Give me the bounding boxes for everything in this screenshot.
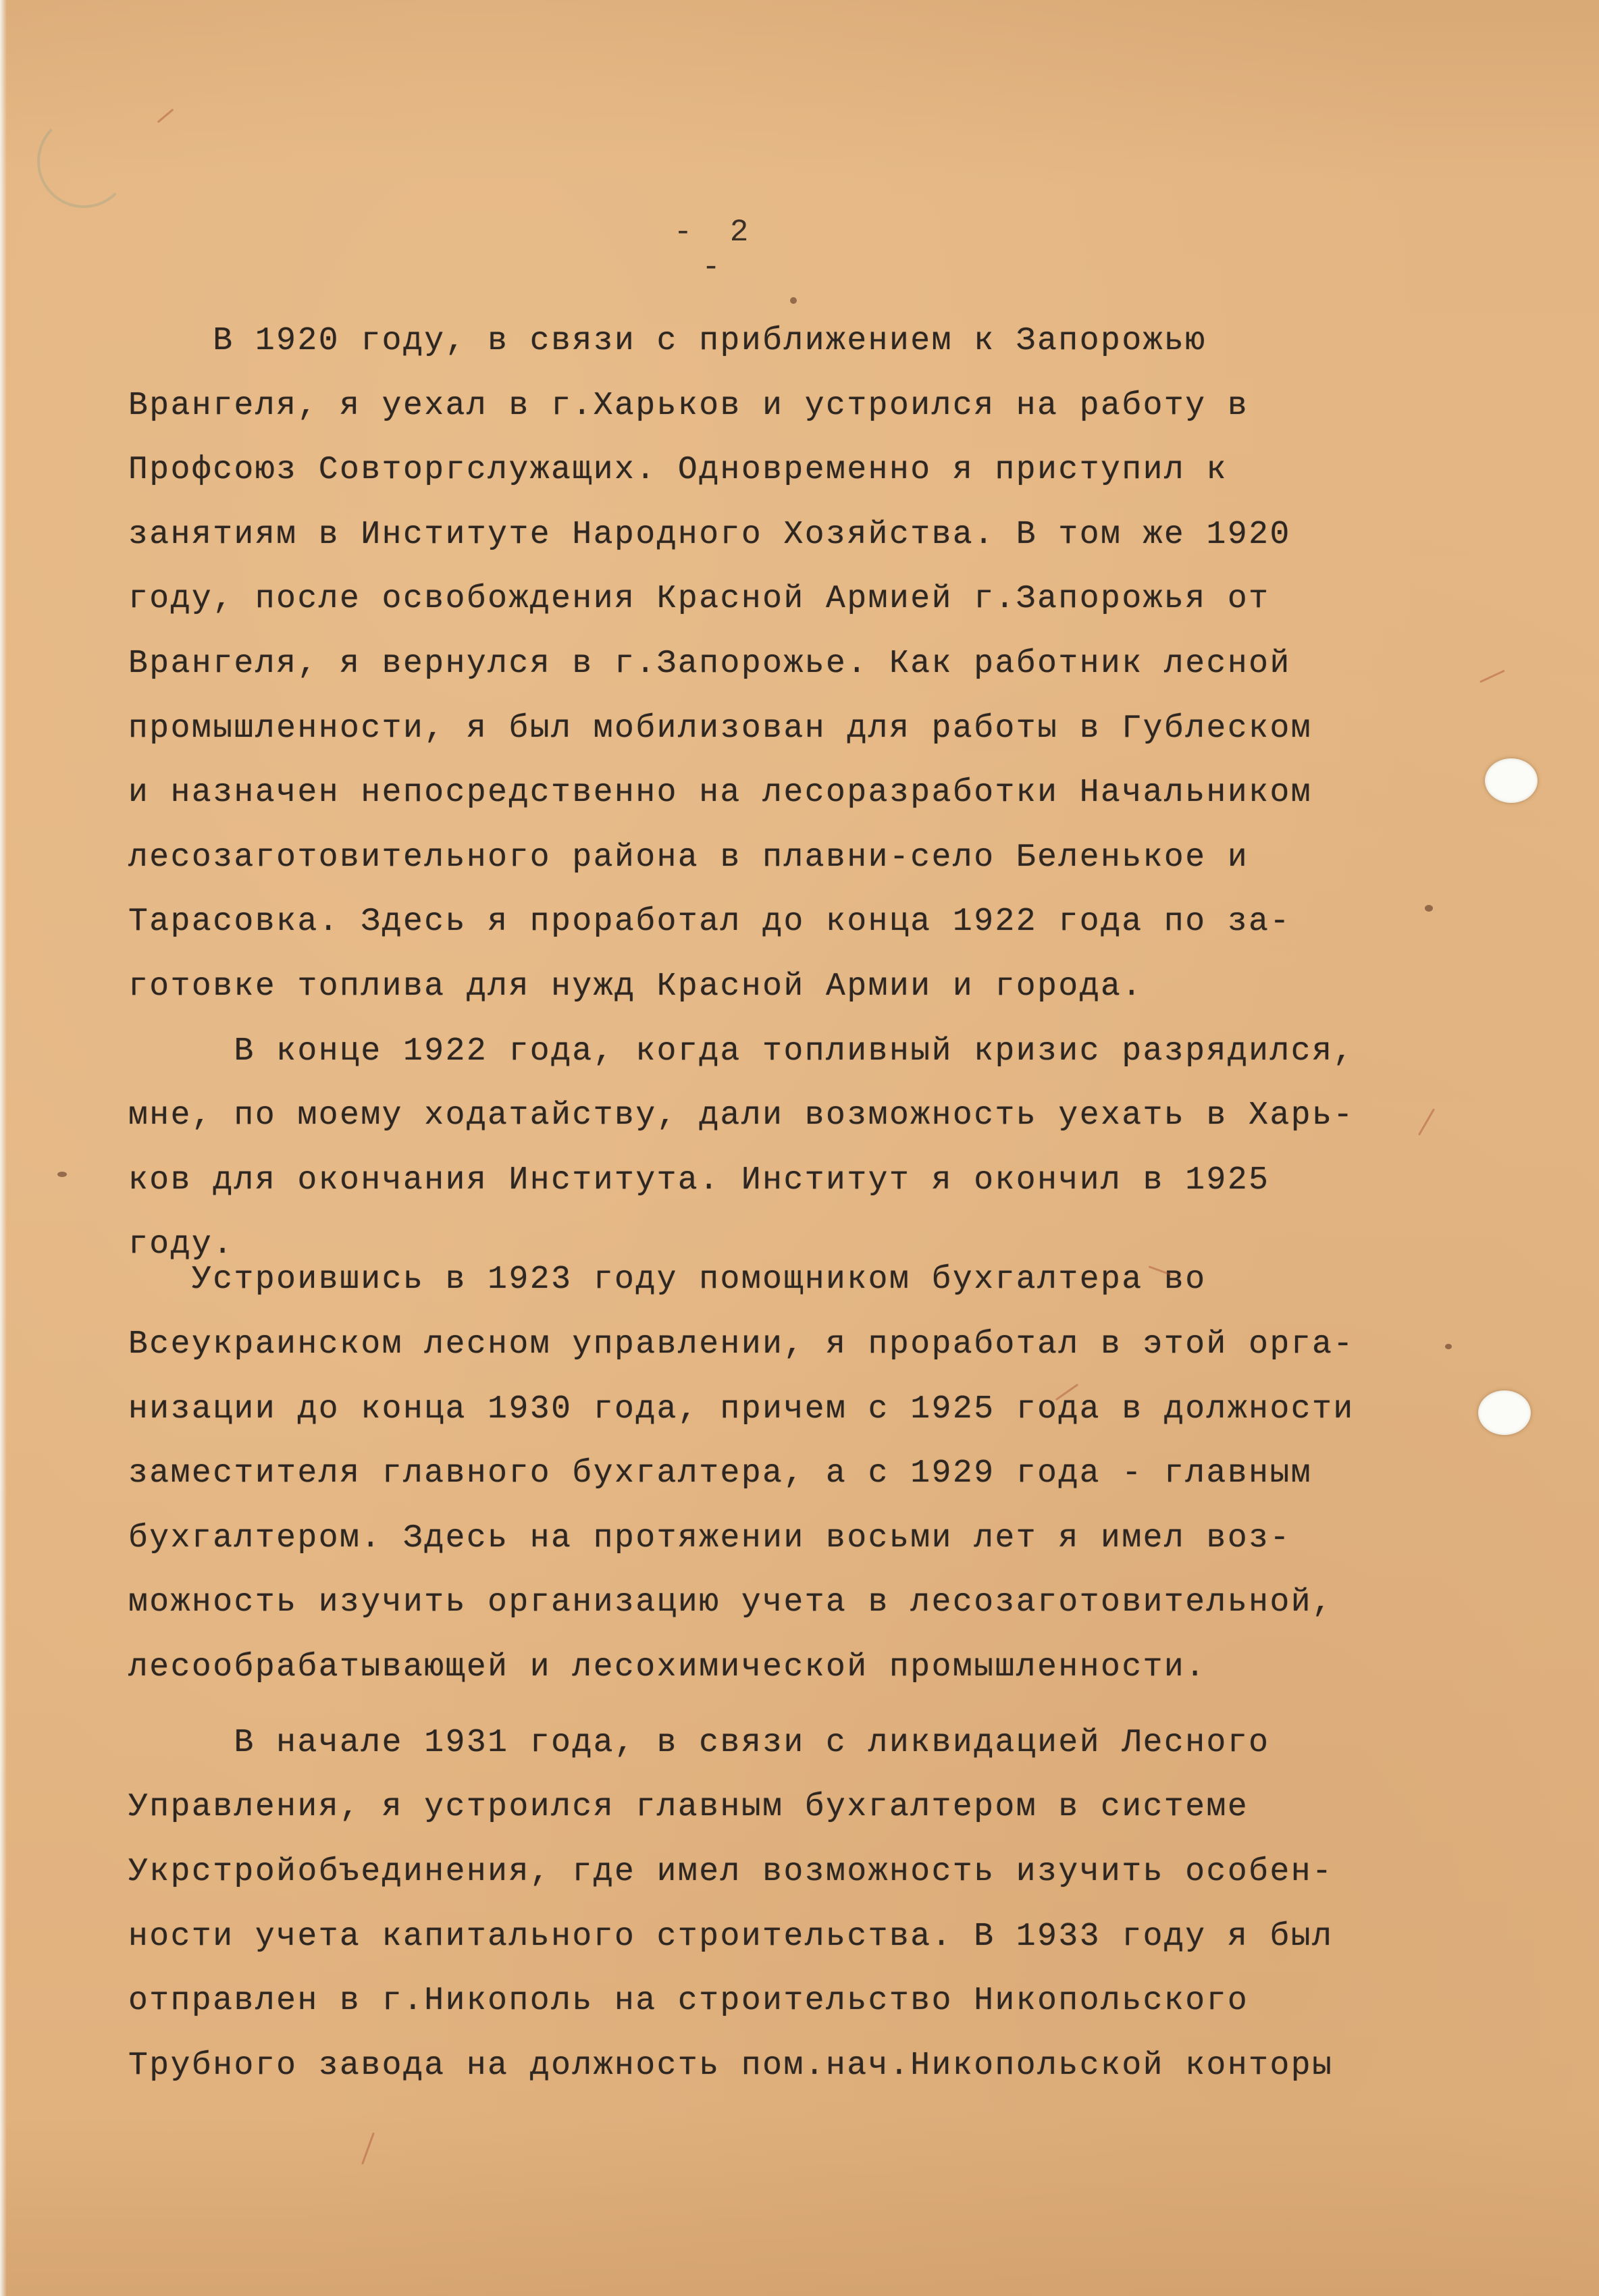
text-line: промышленности, я был мобилизован для ра… bbox=[128, 697, 1452, 762]
text-line: Всеукраинском лесном управлении, я прора… bbox=[128, 1313, 1452, 1378]
document-page: - 2 - В 1920 году, в связи с приближение… bbox=[0, 0, 1599, 2296]
text-line: и назначен непосредственно на лесоразраб… bbox=[128, 761, 1452, 826]
text-line: Устроившись в 1923 году помощником бухга… bbox=[128, 1248, 1452, 1313]
text-line: Управления, я устроился главным бухгалте… bbox=[128, 1775, 1452, 1840]
paper-fiber bbox=[157, 109, 174, 124]
text-line: Укрстройобъединения, где имел возможност… bbox=[128, 1840, 1452, 1905]
text-line: лесозаготовительного района в плавни-сел… bbox=[128, 826, 1452, 891]
typewritten-body: В 1920 году, в связи с приближением к За… bbox=[128, 309, 1452, 2098]
text-line: Врангеля, я уехал в г.Харьков и устроилс… bbox=[128, 374, 1452, 439]
text-line: ков для окончания Института. Институт я … bbox=[128, 1149, 1452, 1214]
text-line: заместителя главного бухгалтера, а с 192… bbox=[128, 1442, 1452, 1507]
text-line: бухгалтером. Здесь на протяжении восьми … bbox=[128, 1507, 1452, 1571]
page-number: - 2 - bbox=[648, 215, 783, 285]
text-line: мне, по моему ходатайству, дали возможно… bbox=[128, 1084, 1452, 1149]
text-line: ности учета капитального строительства. … bbox=[128, 1905, 1452, 1970]
text-line: можность изучить организацию учета в лес… bbox=[128, 1571, 1452, 1636]
text-line: Трубного завода на должность пом.нач.Ник… bbox=[128, 2034, 1452, 2099]
ink-speck bbox=[1425, 905, 1433, 912]
text-line: году. bbox=[128, 1213, 1452, 1248]
paper-fiber bbox=[1479, 670, 1505, 683]
page-edge bbox=[0, 0, 7, 2296]
text-line: лесообрабатывающей и лесохимической пром… bbox=[128, 1636, 1452, 1711]
punch-hole-upper bbox=[1485, 758, 1538, 803]
ink-speck bbox=[57, 1172, 67, 1177]
text-line: Тарасовка. Здесь я проработал до конца 1… bbox=[128, 890, 1452, 955]
text-line: Профсоюз Совторгслужащих. Одновременно я… bbox=[128, 438, 1452, 503]
text-line: году, после освобождения Красной Армией … bbox=[128, 567, 1452, 632]
text-line: занятиям в Институте Народного Хозяйства… bbox=[128, 503, 1452, 568]
text-line: В конце 1922 года, когда топливный кризи… bbox=[128, 1020, 1452, 1085]
text-line: В 1920 году, в связи с приближением к За… bbox=[128, 309, 1452, 374]
faded-stamp-mark bbox=[37, 115, 130, 208]
text-line: готовке топлива для нужд Красной Армии и… bbox=[128, 955, 1452, 1020]
punch-hole-lower bbox=[1478, 1390, 1531, 1435]
ink-speck bbox=[1445, 1344, 1452, 1349]
text-line: Врангеля, я вернулся в г.Запорожье. Как … bbox=[128, 632, 1452, 697]
ink-speck bbox=[790, 297, 797, 304]
text-line: В начале 1931 года, в связи с ликвидацие… bbox=[128, 1711, 1452, 1776]
paper-fiber bbox=[361, 2132, 375, 2164]
text-line: низации до конца 1930 года, причем с 192… bbox=[128, 1378, 1452, 1442]
text-line: отправлен в г.Никополь на строительство … bbox=[128, 1969, 1452, 2034]
